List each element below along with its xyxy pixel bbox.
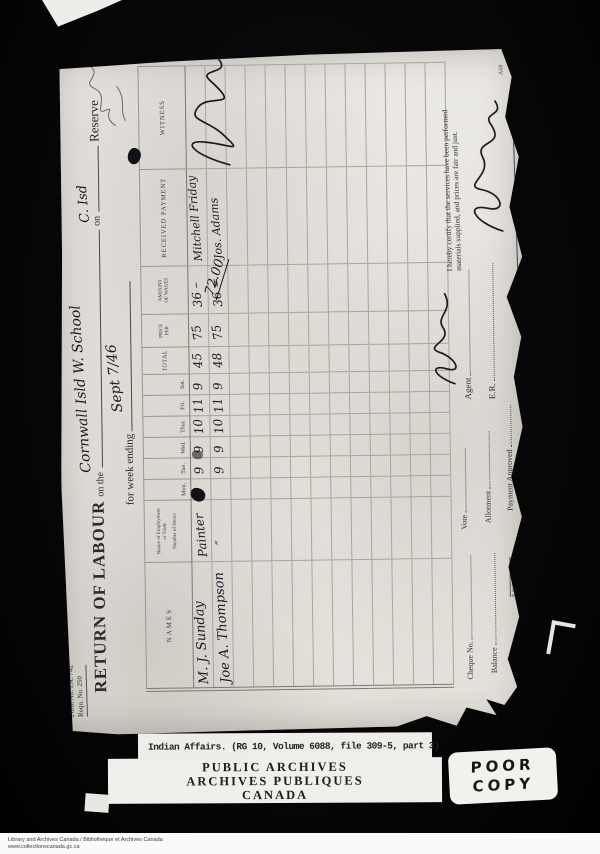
row1-thur: 10 <box>191 418 207 435</box>
allotment-label: Allotment <box>483 491 492 524</box>
col-header-names: NAMES <box>145 561 193 688</box>
foreman-label: FOREMAN <box>509 557 518 597</box>
col-header-price: PRICE PER <box>142 313 188 347</box>
on-label: on <box>92 216 103 226</box>
archive-reference-strip: Indian Affairs. (RG 10, Volume 6088, fil… <box>138 732 432 760</box>
pencil-scribble <box>74 60 130 131</box>
balance-line: Balance <box>485 553 499 673</box>
scan-background: Form No. I.A. 742 Requ. No. 250 RETURN O… <box>0 0 600 854</box>
form-number-line2: Requ. No. 250 <box>75 665 86 717</box>
col-header-fri: Fri. <box>143 394 189 416</box>
row1-price: 75 <box>189 324 206 342</box>
row2-tue: 9 <box>212 466 227 475</box>
nature-header-line2: or Trade <box>163 523 169 540</box>
witness-signature <box>170 56 252 172</box>
form-number-block: Form No. I.A. 742 Requ. No. 250 <box>66 665 88 718</box>
col-header-amount: AMOUNT OF WAGES <box>141 265 188 314</box>
row2-sat: 9 <box>211 382 226 391</box>
vote-blank <box>456 449 467 513</box>
reserve-handwritten: C. Isd <box>75 184 93 223</box>
balance-label: Balance <box>490 647 499 673</box>
paper-corner-wedge <box>42 0 122 28</box>
form-side-code: A68 <box>498 65 504 75</box>
certify-signature <box>459 97 513 238</box>
ink-smudge-wed-cell <box>192 450 203 459</box>
white-edge-mark <box>546 620 576 658</box>
col-header-wed: Wed. <box>144 436 190 458</box>
row2-name: Joe A. Thompson <box>212 572 234 684</box>
library-archives-credit: Library and Archives Canada / Bibliothèq… <box>0 833 600 854</box>
credit-line1: Library and Archives Canada / Bibliothèq… <box>8 837 600 844</box>
col-header-mon: Mon. <box>144 478 190 500</box>
cheque-no-blank <box>461 555 472 639</box>
vote-label: Vote <box>460 515 469 530</box>
row1-fri: 11 <box>190 397 206 414</box>
col-header-total: TOTAL <box>142 346 188 374</box>
form-title: RETURN OF LABOUR <box>89 501 111 693</box>
credit-line2: www.collectionscanada.gc.ca <box>8 844 600 851</box>
price-header-line2: PER <box>165 326 171 335</box>
amount-header-line2: OF WAGES <box>164 278 170 303</box>
row2-received: Jos. Adams <box>207 197 225 259</box>
balance-blank <box>485 553 496 645</box>
row1-tue: 9 <box>192 466 207 475</box>
row2-thur: 10 <box>211 418 227 435</box>
table-empty-rows <box>225 62 454 687</box>
allotment-blank <box>480 431 491 489</box>
col-header-thur: Thur. <box>143 415 189 437</box>
payment-approved-label: Payment Approved <box>505 449 515 511</box>
er-line: E.R. <box>483 263 497 399</box>
payment-approved-blank <box>501 405 512 447</box>
row1-name: M. J. Sunday <box>192 601 212 685</box>
payment-approved-line: Payment Approved <box>501 405 514 511</box>
col-header-tue: Tue. <box>144 457 190 479</box>
cheque-no-line: Cheque No. <box>461 555 475 679</box>
public-archives-stamp: PUBLIC ARCHIVES ARCHIVES PUBLIQUES CANAD… <box>108 757 442 804</box>
row2-fri: 11 <box>210 397 226 414</box>
row2-price: 75 <box>209 324 226 342</box>
return-of-labour-form: Form No. I.A. 742 Requ. No. 250 RETURN O… <box>52 50 525 731</box>
row1-sat: 9 <box>191 382 206 391</box>
col-header-nature: Nature of Employment or Trade Number of … <box>145 499 192 562</box>
col-header-sat: Sat. <box>143 373 189 395</box>
allotment-line: Allotment <box>480 431 493 524</box>
poor-copy-line2: COPY <box>473 774 535 796</box>
paper-fragment-chip <box>84 793 109 813</box>
on-the-label: on the <box>95 472 106 497</box>
document-paper: Form No. I.A. 742 Requ. No. 250 RETURN O… <box>49 47 528 735</box>
agent-signature <box>424 288 465 389</box>
archive-reference-text: Indian Affairs. (RG 10, Volume 6088, fil… <box>148 740 439 753</box>
row2-wed: 9 <box>211 445 226 454</box>
row1-trade: Painter <box>192 513 210 558</box>
week-ending-label: for week ending <box>124 434 137 506</box>
vote-line: Vote <box>456 449 469 530</box>
poor-copy-label: POOR COPY <box>448 747 559 805</box>
er-blank <box>483 263 495 381</box>
row2-total: 48 <box>210 352 226 369</box>
er-label: E.R. <box>487 383 497 399</box>
row2-trade: ″ <box>213 540 227 545</box>
row1-total: 45 <box>190 352 206 369</box>
row1-received: Mitchell Friday <box>185 175 205 262</box>
stamp-line3: CANADA <box>108 787 442 803</box>
nature-header-line3: Number of Hours <box>173 513 179 548</box>
cheque-no-label: Cheque No. <box>466 641 476 679</box>
col-header-received: RECEIVED PAYMENT <box>140 168 187 266</box>
